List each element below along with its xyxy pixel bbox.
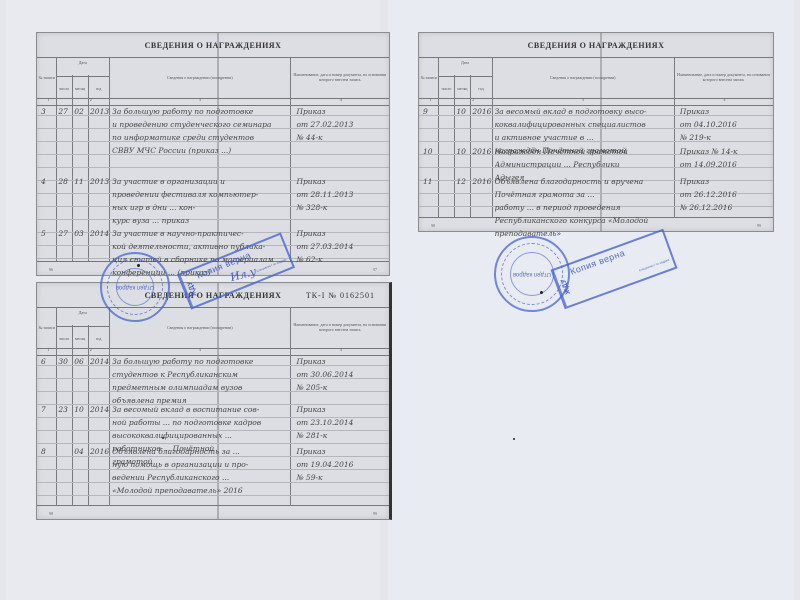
entry-number: 10 <box>423 147 433 156</box>
column-number: 1 <box>48 97 50 102</box>
entry-number: 4 <box>41 177 46 186</box>
column-divider <box>72 75 73 261</box>
entry-award-text: За большую работу по подготовке <box>112 107 289 116</box>
entry-day: 28 <box>58 177 68 186</box>
column-number: 2 <box>472 97 474 102</box>
entry-basis-text: № 281-к <box>296 431 387 440</box>
entry-day: 30 <box>58 357 68 366</box>
entry-award-text: Объявлена благодарность и вручена <box>495 177 673 186</box>
page-title-text: СВЕДЕНИЯ О НАГРАЖДЕНИЯХ <box>145 41 282 50</box>
entry-basis-text: от 23.10.2014 <box>296 418 387 427</box>
header-col-month: месяц <box>454 80 470 98</box>
column-divider <box>470 75 471 217</box>
entry-year: 2016 <box>472 147 491 156</box>
entry-basis-text: Приказ № 14-к <box>680 147 771 156</box>
entry-award-text: Почётная грамота за ... <box>495 190 673 199</box>
header-col-year: год <box>88 330 109 348</box>
entry-basis-text: Приказ <box>296 405 387 414</box>
entry-basis-text: Приказ <box>296 447 387 456</box>
entry-award-text: и активное участие в ... <box>495 133 673 142</box>
entry-basis-text: от 30.06.2014 <box>296 370 387 379</box>
entry-basis-text: № 44-к <box>296 133 387 142</box>
round-stamp-text: Отдел кадров <box>102 254 168 320</box>
entry-year: 2014 <box>90 229 109 238</box>
entry-number: 8 <box>41 447 46 456</box>
column-numbers: 1234 <box>37 97 389 106</box>
entry-award-text: курс вуза ... приказ <box>112 216 289 225</box>
page-title: СВЕДЕНИЯ О НАГРАЖДЕНИЯХ <box>419 41 773 50</box>
entry-number: 3 <box>41 107 46 116</box>
page-top-left: СВЕДЕНИЯ О НАГРАЖДЕНИЯХ№ записиДатаСведе… <box>36 32 390 276</box>
entry-year: 2016 <box>472 107 491 116</box>
entry-year: 2013 <box>90 177 109 186</box>
entry-award-text: Награждён Почётной грамотой <box>495 147 673 156</box>
scan-speck <box>137 264 140 267</box>
page-top-right: СВЕДЕНИЯ О НАГРАЖДЕНИЯХ№ записиДатаСведе… <box>418 32 774 232</box>
table-header: № записиДатаСведения о награждении (поощ… <box>37 57 389 99</box>
entry-basis-text: от 14.09.2016 <box>680 160 771 169</box>
column-number: 1 <box>430 97 432 102</box>
entry-month: 11 <box>74 177 84 186</box>
entry-month: 04 <box>74 447 84 456</box>
column-divider <box>454 75 455 217</box>
entry-month: 10 <box>74 405 84 414</box>
header-col-month: месяц <box>72 80 88 98</box>
entry-basis-text: № 205-к <box>296 383 387 392</box>
entry-award-text: Администрации ... Республики <box>495 160 673 169</box>
entry-award-text: СВВУ МЧС России (приказ ...) <box>112 146 289 155</box>
entry-basis-text: Приказ <box>296 357 387 366</box>
column-number: 4 <box>723 97 725 102</box>
page-number: 99 <box>757 223 761 228</box>
stamp-small-text: Специалист по кадрам <box>256 257 287 273</box>
stamp-small-text: Специалист по кадрам <box>638 258 669 273</box>
entry-basis-text: № 219-к <box>680 133 771 142</box>
entry-basis-text: Приказ <box>296 229 387 238</box>
entry-day: 23 <box>58 405 68 414</box>
table-header: № записиДатаСведения о награждении (поощ… <box>419 57 773 99</box>
entry-award-text: объявлена премия <box>112 396 289 405</box>
entry-award-text: Республиканского конкурса «Молодой <box>495 216 673 225</box>
entry-award-text: ную помощь в организации и про- <box>112 460 289 469</box>
entry-award-text: работу ... в период проведения <box>495 203 673 212</box>
header-col-year: год <box>470 80 491 98</box>
entry-basis-text: от 26.12.2016 <box>680 190 771 199</box>
column-divider <box>290 307 291 505</box>
header-col-num: № записи <box>37 308 56 348</box>
entry-number: 11 <box>423 177 433 186</box>
page-title-text: СВЕДЕНИЯ О НАГРАЖДЕНИЯХ <box>528 41 665 50</box>
page-number: 96 <box>49 267 53 272</box>
entry-basis-text: от 27.03.2014 <box>296 242 387 251</box>
entry-year: 2014 <box>90 357 109 366</box>
column-number: 3 <box>199 347 201 352</box>
page-number: 99 <box>373 511 377 516</box>
ruled-line <box>37 482 389 483</box>
entry-award-text: За участие в научно-практичес- <box>112 229 289 238</box>
page-bottom-left: СВЕДЕНИЯ О НАГРАЖДЕНИЯХТК-I № 0162501№ з… <box>36 282 392 520</box>
column-divider <box>56 307 57 505</box>
header-col-day: число <box>438 80 454 98</box>
column-numbers: 1234 <box>419 97 773 106</box>
header-col-month: месяц <box>72 330 88 348</box>
entry-basis-text: № 328-к <box>296 203 387 212</box>
table-header: № записиДатаСведения о награждении (поощ… <box>37 307 389 349</box>
column-number: 4 <box>340 97 342 102</box>
entry-basis-text: № 62-к <box>296 255 387 264</box>
header-col-basis: Наименование, дата и номер документа, на… <box>290 308 389 348</box>
entry-basis-text: от 19.04.2016 <box>296 460 387 469</box>
entry-award-text: ной работы ... по подготовке кадров <box>112 418 289 427</box>
entry-month: 03 <box>74 229 84 238</box>
entry-number: 5 <box>41 229 46 238</box>
entry-day: 27 <box>58 229 68 238</box>
entry-number: 9 <box>423 107 428 116</box>
entry-award-text: «Молодой преподаватель» 2016 <box>112 486 289 495</box>
column-divider <box>72 325 73 505</box>
entry-basis-text: Приказ <box>296 177 387 186</box>
column-number: 1 <box>48 347 50 352</box>
serial-number: ТК-I № 0162501 <box>306 291 375 300</box>
column-divider <box>56 57 57 261</box>
header-col-year: год <box>88 80 109 98</box>
header-col-day: число <box>56 80 72 98</box>
entry-year: 2016 <box>90 447 109 456</box>
entry-award-text: За большую работу по подготовке <box>112 357 289 366</box>
column-divider <box>109 57 110 261</box>
entry-award-text: ведении Республиканского ... <box>112 473 289 482</box>
column-number: 3 <box>199 97 201 102</box>
entry-month: 10 <box>456 147 466 156</box>
header-col-basis: Наименование, дата и номер документа, на… <box>674 58 773 98</box>
column-divider <box>88 325 89 505</box>
page-number: 97 <box>373 267 377 272</box>
page-title: СВЕДЕНИЯ О НАГРАЖДЕНИЯХ <box>37 41 389 50</box>
round-stamp-left: Отдел кадров <box>100 252 170 322</box>
entry-award-text: высококвалифицированных ... <box>112 431 289 440</box>
entry-month: 06 <box>74 357 84 366</box>
scan-speck <box>540 291 543 294</box>
entry-month: 10 <box>456 107 466 116</box>
header-col-info: Сведения о награждении (поощрении) <box>492 58 674 98</box>
ruled-line <box>37 167 389 168</box>
column-numbers: 1234 <box>37 347 389 356</box>
entry-basis-text: Приказ <box>296 107 387 116</box>
column-divider <box>88 75 89 261</box>
page-number: 98 <box>49 511 53 516</box>
entry-year: 2013 <box>90 107 109 116</box>
entry-award-text: предметным олимпиадам вузов <box>112 383 289 392</box>
entry-day: 27 <box>58 107 68 116</box>
ruled-line <box>37 495 389 496</box>
entry-basis-text: от 28.11.2013 <box>296 190 387 199</box>
column-number: 3 <box>582 97 584 102</box>
column-divider <box>109 307 110 505</box>
entry-number: 6 <box>41 357 46 366</box>
entry-year: 2016 <box>472 177 491 186</box>
entry-award-text: коквалифицированных специалистов <box>495 120 673 129</box>
entry-award-text: проведении фестиваля компьютер- <box>112 190 289 199</box>
entry-award-text: и проведению студенческого семинара <box>112 120 289 129</box>
entry-award-text: студентов к Республиканским <box>112 370 289 379</box>
column-divider <box>290 57 291 261</box>
scan-speck <box>513 438 515 440</box>
scan-speck <box>162 437 164 439</box>
entry-award-text: За весомый вклад в подготовку высо- <box>495 107 673 116</box>
header-col-num: № записи <box>37 58 56 98</box>
header-col-day: число <box>56 330 72 348</box>
entry-month: 02 <box>74 107 84 116</box>
entry-award-text: ных игр в дни ... кон- <box>112 203 289 212</box>
entry-basis-text: от 27.02.2013 <box>296 120 387 129</box>
entry-basis-text: Приказ <box>680 107 771 116</box>
entry-award-text: За весомый вклад в воспитание сов- <box>112 405 289 414</box>
column-number: 2 <box>90 347 92 352</box>
column-number: 4 <box>340 347 342 352</box>
entry-month: 12 <box>456 177 466 186</box>
entry-number: 7 <box>41 405 46 414</box>
entry-basis-text: № 59-к <box>296 473 387 482</box>
page-number: 98 <box>431 223 435 228</box>
entry-award-text: Объявлена благодарность за ... <box>112 447 289 456</box>
entry-year: 2014 <box>90 405 109 414</box>
header-col-basis: Наименование, дата и номер документа, на… <box>290 58 389 98</box>
entry-basis-text: от 04.10.2016 <box>680 120 771 129</box>
entry-basis-text: Приказ <box>680 177 771 186</box>
entry-award-text: За участие в организации и <box>112 177 289 186</box>
header-col-num: № записи <box>419 58 438 98</box>
entry-award-text: по информатике среди студентов <box>112 133 289 142</box>
column-number: 2 <box>90 97 92 102</box>
entry-basis-text: № 26.12.2016 <box>680 203 771 212</box>
header-col-info: Сведения о награждении (поощрении) <box>109 58 290 98</box>
ruled-line <box>37 469 389 470</box>
